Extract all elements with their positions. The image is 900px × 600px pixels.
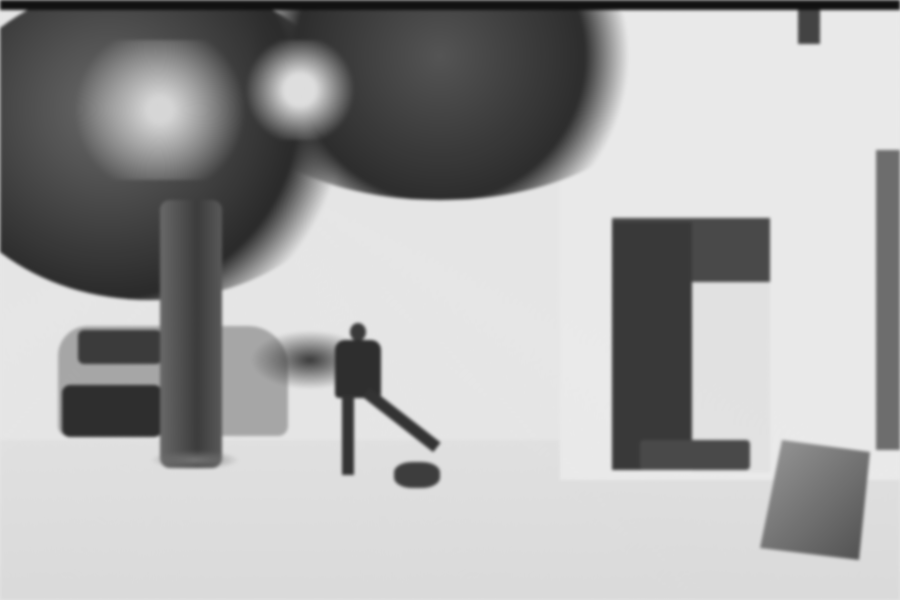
film-grain [0,0,900,600]
photograph [0,0,900,600]
